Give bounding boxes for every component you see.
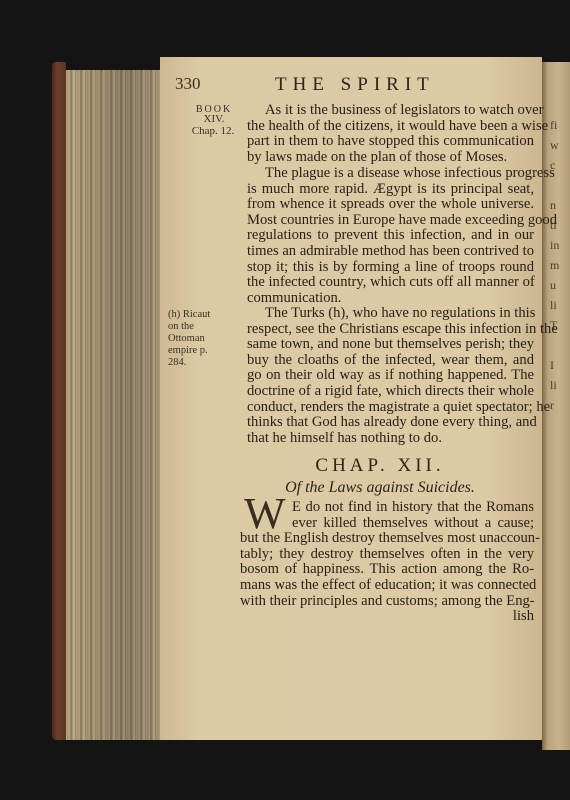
margin-footnote: (h) Ricaut on the Ottoman empire p. 284. <box>168 309 240 369</box>
paragraph-turks: The Turks (h), who have no regulations i… <box>247 306 534 446</box>
page-number: 330 <box>175 74 201 94</box>
margin-chapter-label: Chap. 12. <box>178 126 248 137</box>
page-header: 330 THE SPIRIT <box>175 74 530 98</box>
page-edges <box>66 70 166 740</box>
paragraph-suicides: E do not find in history that the Romans… <box>240 500 534 625</box>
chapter-title: CHAP. XII. <box>235 455 525 477</box>
margin-book-number: XIV. <box>184 114 244 125</box>
paragraph-legislators: As it is the business of legislators to … <box>247 103 534 165</box>
book-cover-spine <box>52 62 66 740</box>
facing-page-fragments: fi w c n ti in m u li T I li r <box>550 115 570 415</box>
running-title: THE SPIRIT <box>275 74 435 96</box>
paragraph-plague: The plague is a disease whose infectious… <box>247 166 534 306</box>
